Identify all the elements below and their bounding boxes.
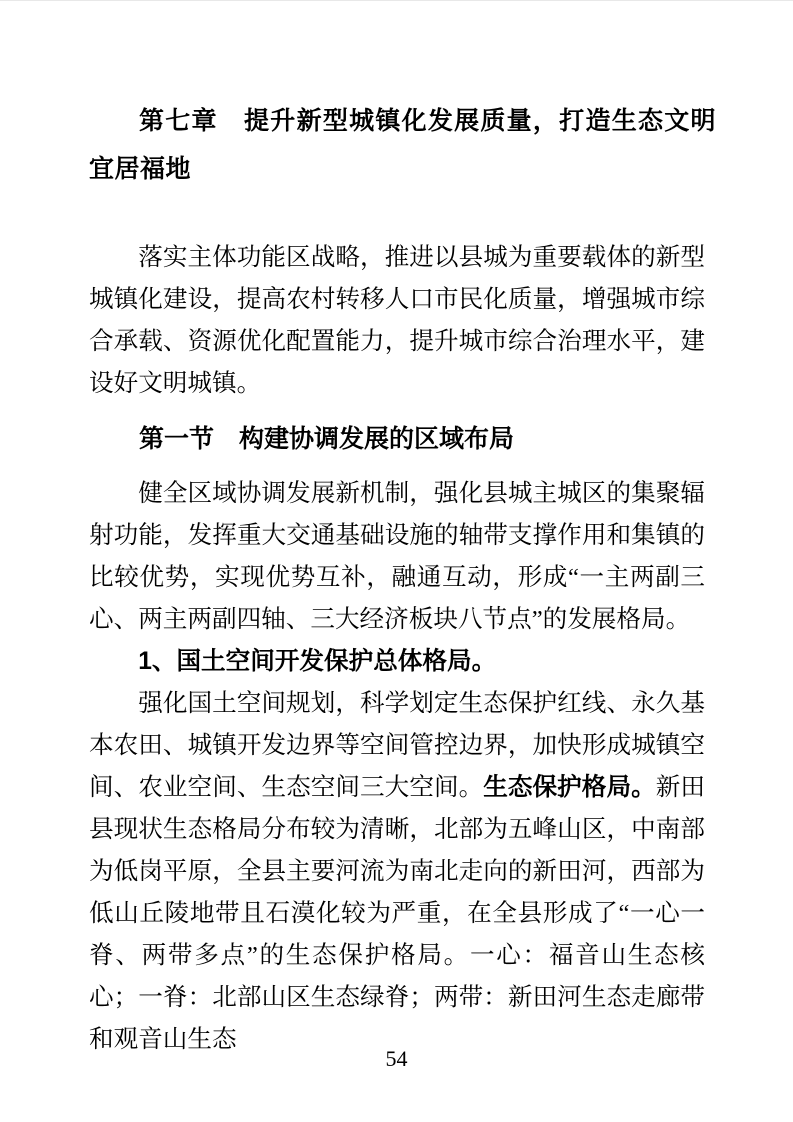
chapter-title: 第七章 提升新型城镇化发展质量，打造生态文明宜居福地	[89, 97, 716, 193]
item-1-text-after-bold: 新田县现状生态格局分布较为清晰，北部为五峰山区，中南部为低岗平原，全县主要河流为…	[89, 774, 705, 1053]
item-1-heading: 1、国土空间开发保护总体格局。	[89, 641, 705, 683]
section-1-heading: 第一节 构建协调发展的区域布局	[89, 417, 705, 461]
section-1-paragraph: 健全区域协调发展新机制，强化县城主城区的集聚辐射功能，发挥重大交通基础设施的轴带…	[89, 473, 705, 641]
item-1-paragraph: 强化国土空间规划，科学划定生态保护红线、永久基本农田、城镇开发边界等空间管控边界…	[89, 683, 705, 1061]
page-number: 54	[0, 1047, 793, 1071]
eco-protection-bold-phrase: 生态保护格局。	[483, 774, 655, 801]
document-page: 第七章 提升新型城镇化发展质量，打造生态文明宜居福地 落实主体功能区战略，推进以…	[0, 0, 793, 1122]
page-content: 第七章 提升新型城镇化发展质量，打造生态文明宜居福地 落实主体功能区战略，推进以…	[89, 97, 705, 1061]
intro-paragraph: 落实主体功能区战略，推进以县城为重要载体的新型城镇化建设，提高农村转移人口市民化…	[89, 237, 705, 405]
